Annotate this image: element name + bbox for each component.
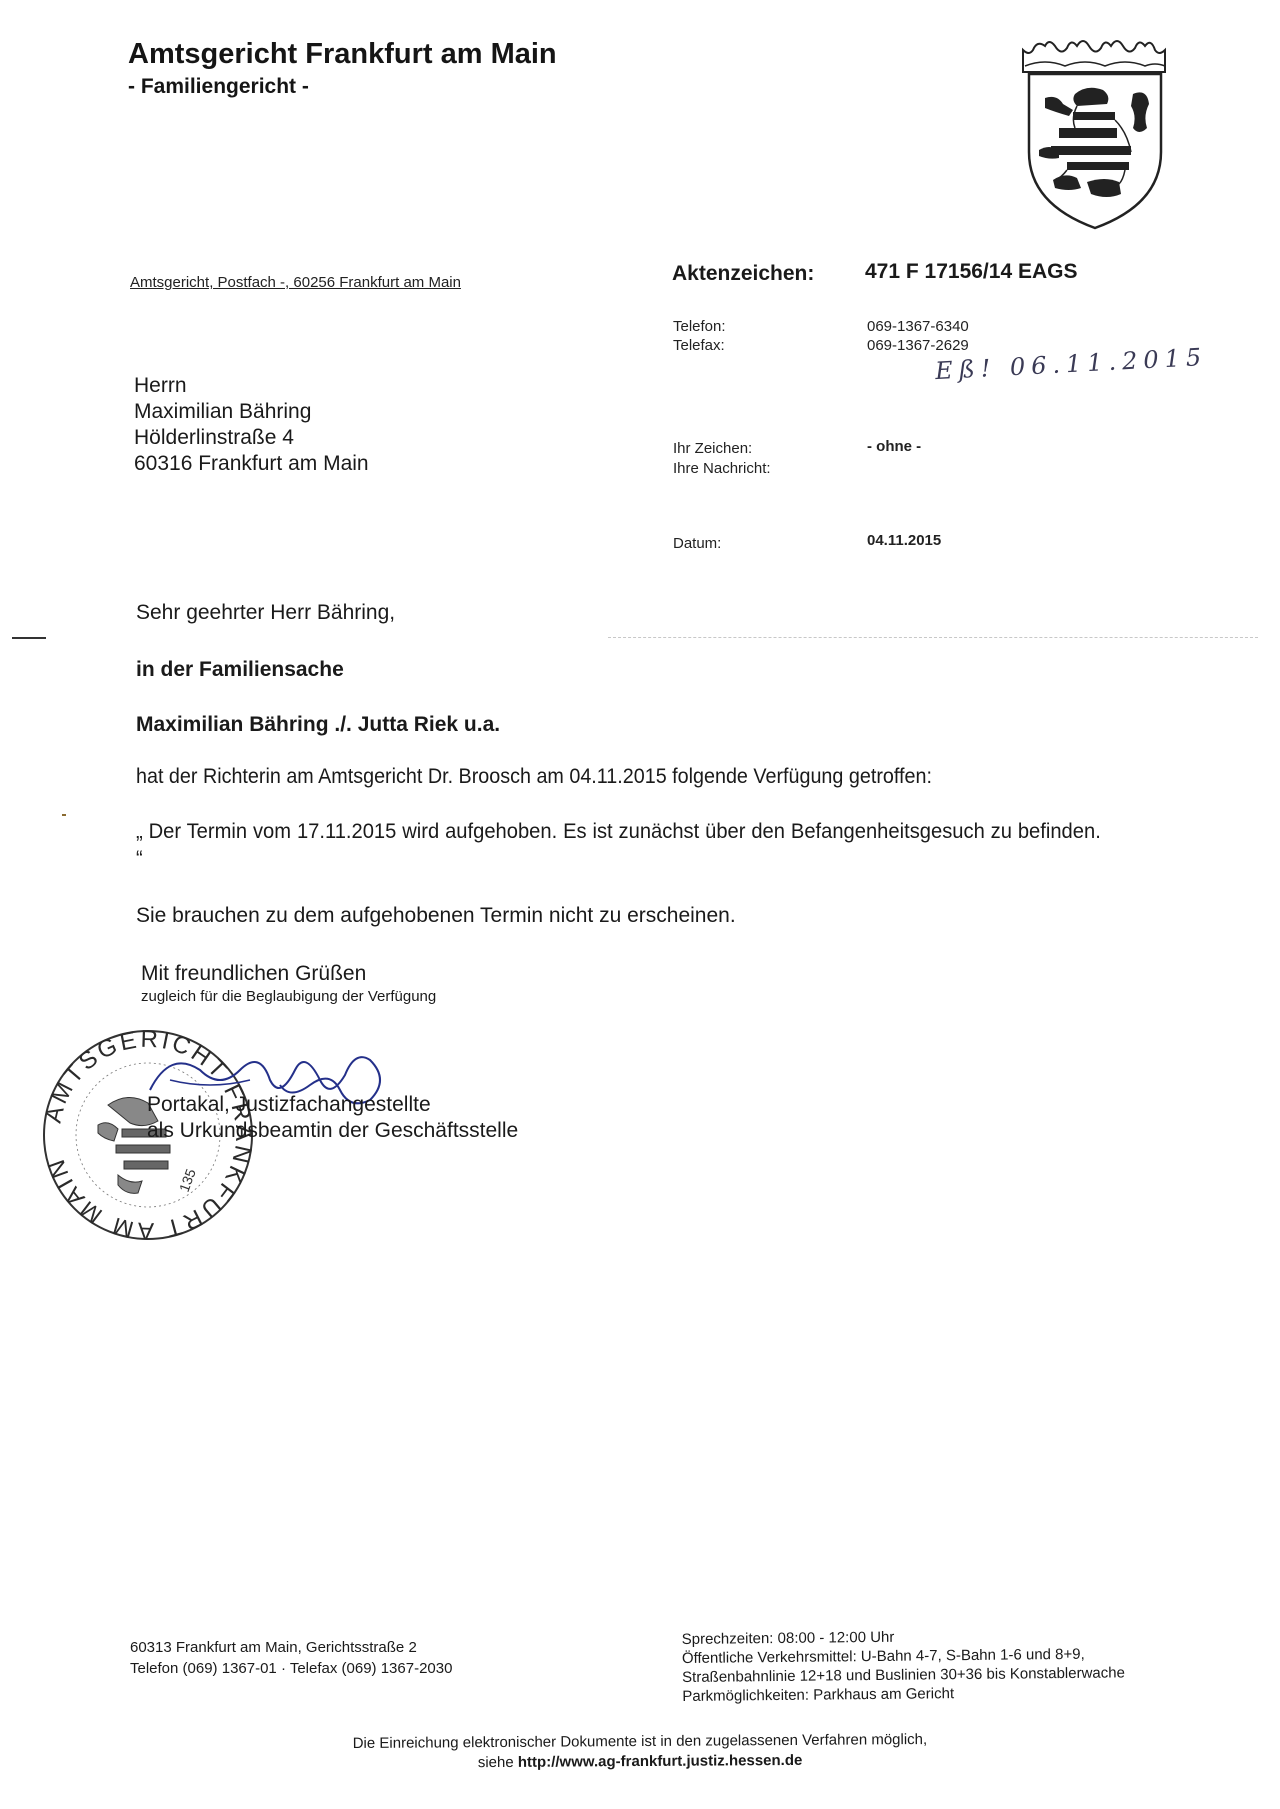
sender-return-address: Amtsgericht, Postfach -, 60256 Frankfurt… [130,274,461,291]
handwritten-receipt-note: Eß! 06.11.2015 [934,343,1207,385]
footer-see-prefix: siehe [478,1754,518,1771]
footer-address: 60313 Frankfurt am Main, Gerichtsstraße … [130,1637,452,1658]
recipient-address: Herrn Maximilian Bähring Hölderlinstraße… [134,373,369,477]
case-number: 471 F 17156/14 EAGS [865,260,1077,284]
court-order-quote: „ Der Termin vom 17.11.2015 wird aufgeho… [136,818,1101,872]
salutation: Sehr geehrter Herr Bähring, [136,601,395,625]
hesse-coat-of-arms-icon [1015,32,1175,232]
court-website-link[interactable]: http://www.ag-frankfurt.justiz.hessen.de [518,1752,803,1771]
case-parties: Maximilian Bähring ./. Jutta Riek u.a. [136,713,500,737]
footer-court-address: 60313 Frankfurt am Main, Gerichtsstraße … [130,1637,452,1679]
footer-electronic-notice: Die Einreichung elektronischer Dokumente… [0,1728,1280,1777]
notice-text: Sie brauchen zu dem aufgehobenen Termin … [136,904,736,928]
fold-mark [12,637,46,639]
closing-certification: zugleich für die Beglaubigung der Verfüg… [141,988,436,1005]
recipient-city: 60316 Frankfurt am Main [134,451,369,477]
recipient-title: Herrn [134,373,369,399]
date-value: 04.11.2015 [867,532,941,549]
svg-text:135: 135 [176,1166,199,1194]
fold-line [608,637,1258,638]
order-intro: hat der Richterin am Amtsgericht Dr. Bro… [136,765,932,789]
scan-speck [62,814,66,816]
footer-parking: Parkmöglichkeiten: Parkhaus am Gericht [682,1682,1125,1706]
closing: Mit freundlichen Grüßen [141,962,366,986]
date-label: Datum: [673,535,721,552]
footer-phone-fax: Telefon (069) 1367-01 · Telefax (069) 13… [130,1658,452,1679]
footer-visitor-info: Sprechzeiten: 08:00 - 12:00 Uhr Öffentli… [682,1625,1126,1706]
fax-number: 069-1367-2629 [867,337,969,354]
phone-label: Telefon: [673,318,726,335]
signer-role: als Urkundsbeamtin der Geschäftsstelle [147,1118,518,1144]
phone-number: 069-1367-6340 [867,318,969,335]
your-reference-value: - ohne - [867,438,921,455]
your-message-label: Ihre Nachricht: [673,460,771,477]
signer-block: Portakal, Justizfachangestellte als Urku… [147,1092,518,1144]
case-number-label: Aktenzeichen: [672,262,814,286]
signer-name-title: Portakal, Justizfachangestellte [147,1092,518,1118]
fax-label: Telefax: [673,337,725,354]
court-name: Amtsgericht Frankfurt am Main [128,38,557,71]
recipient-name: Maximilian Bähring [134,399,369,425]
your-reference-label: Ihr Zeichen: [673,440,752,457]
court-department: - Familiengericht - [128,75,309,99]
recipient-street: Hölderlinstraße 4 [134,425,369,451]
matter-intro: in der Familiensache [136,658,344,682]
